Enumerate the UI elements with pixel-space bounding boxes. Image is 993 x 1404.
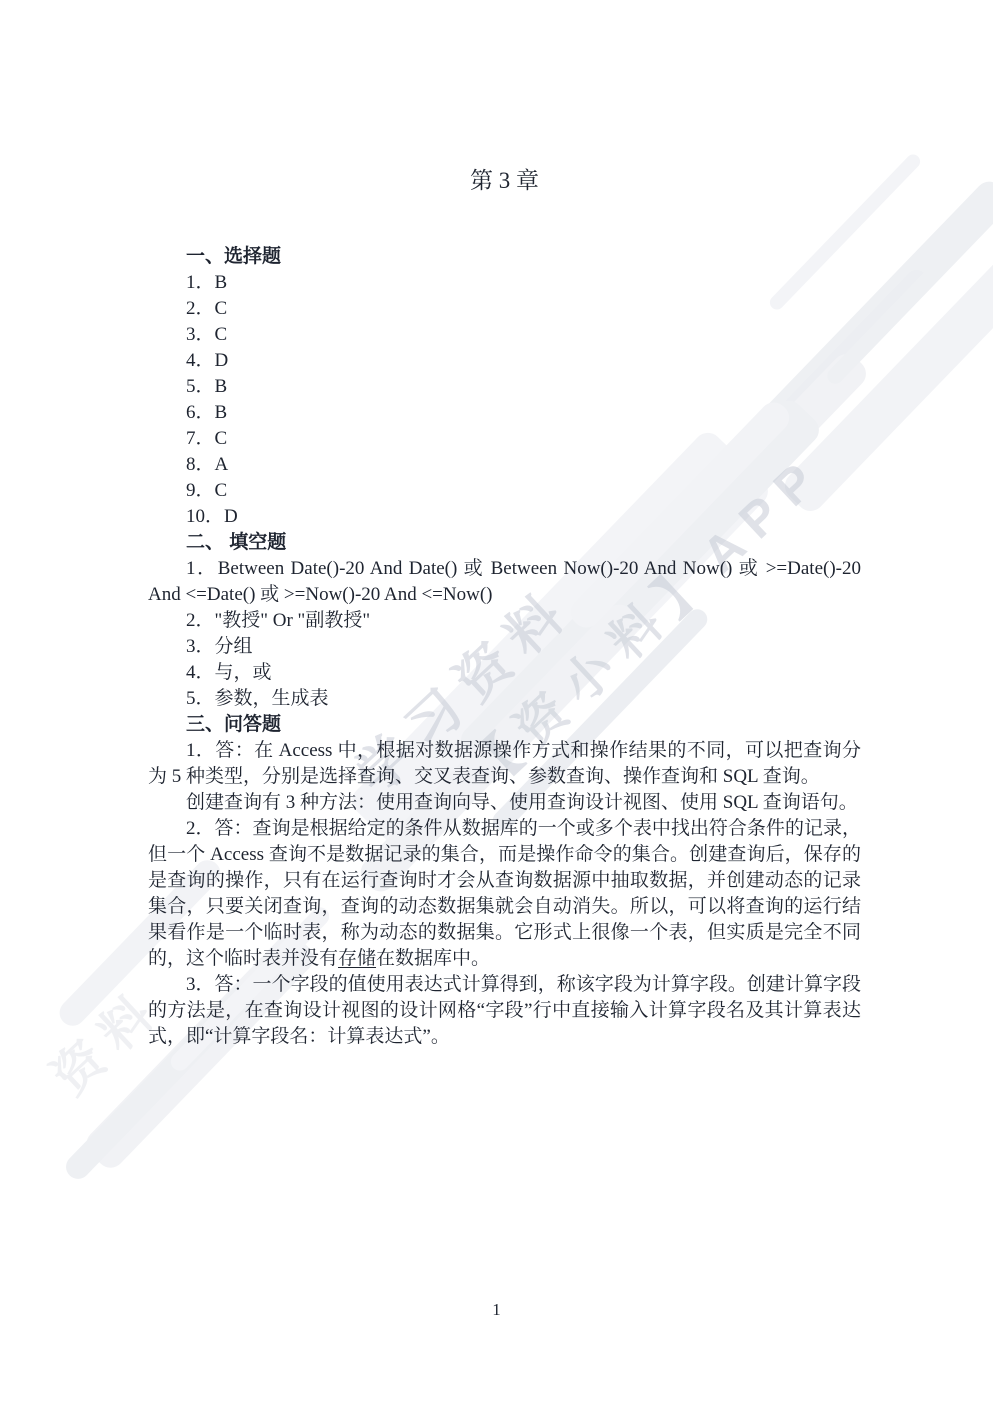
document-page: 学习资料 【资小料】APP 资料 第 3 章 一、选择题 1．B 2．C 3．C…	[0, 0, 993, 1404]
fill-answer: 3．分组	[148, 634, 861, 660]
fill-answer: 2．"教授" Or "副教授"	[148, 608, 861, 634]
section-heading-fill: 二、 填空题	[148, 530, 861, 556]
choice-answer: 4．D	[148, 348, 861, 374]
qa-answer-1-methods: 创建查询有 3 种方法：使用查询向导、使用查询设计视图、使用 SQL 查询语句。	[148, 790, 861, 816]
choice-answer: 1．B	[148, 270, 861, 296]
choice-answer: 2．C	[148, 296, 861, 322]
choice-answer: 7．C	[148, 426, 861, 452]
qa-answer-2-underlined-term: 存储	[338, 948, 376, 969]
qa-answer-2: 2．答：查询是根据给定的条件从数据库的一个或多个表中找出符合条件的记录，但一个 …	[148, 816, 861, 972]
qa-answer-3: 3．答：一个字段的值使用表达式计算得到，称该字段为计算字段。创建计算字段的方法是…	[148, 972, 861, 1050]
qa-answer-1: 1．答：在 Access 中，根据对数据源操作方式和操作结果的不同，可以把查询分…	[148, 738, 861, 790]
section-heading-qa: 三、问答题	[148, 712, 861, 738]
fill-answer: 1．Between Date()-20 And Date() 或 Between…	[148, 556, 861, 608]
chapter-title: 第 3 章	[148, 168, 861, 194]
qa-answer-2-text: 2．答：查询是根据给定的条件从数据库的一个或多个表中找出符合条件的记录，但一个 …	[148, 818, 861, 969]
choice-answer: 6．B	[148, 400, 861, 426]
choice-answer: 5．B	[148, 374, 861, 400]
choice-answer: 3．C	[148, 322, 861, 348]
choice-answer: 9．C	[148, 478, 861, 504]
choice-answer: 8．A	[148, 452, 861, 478]
document-content: 第 3 章 一、选择题 1．B 2．C 3．C 4．D 5．B 6．B 7．C …	[148, 0, 861, 1050]
fill-answer: 5．参数，生成表	[148, 686, 861, 712]
qa-answer-2-tail: 在数据库中。	[376, 948, 490, 969]
page-number: 1	[0, 1300, 993, 1320]
choice-answer: 10．D	[148, 504, 861, 530]
section-heading-choice: 一、选择题	[148, 244, 861, 270]
fill-answer: 4．与，或	[148, 660, 861, 686]
